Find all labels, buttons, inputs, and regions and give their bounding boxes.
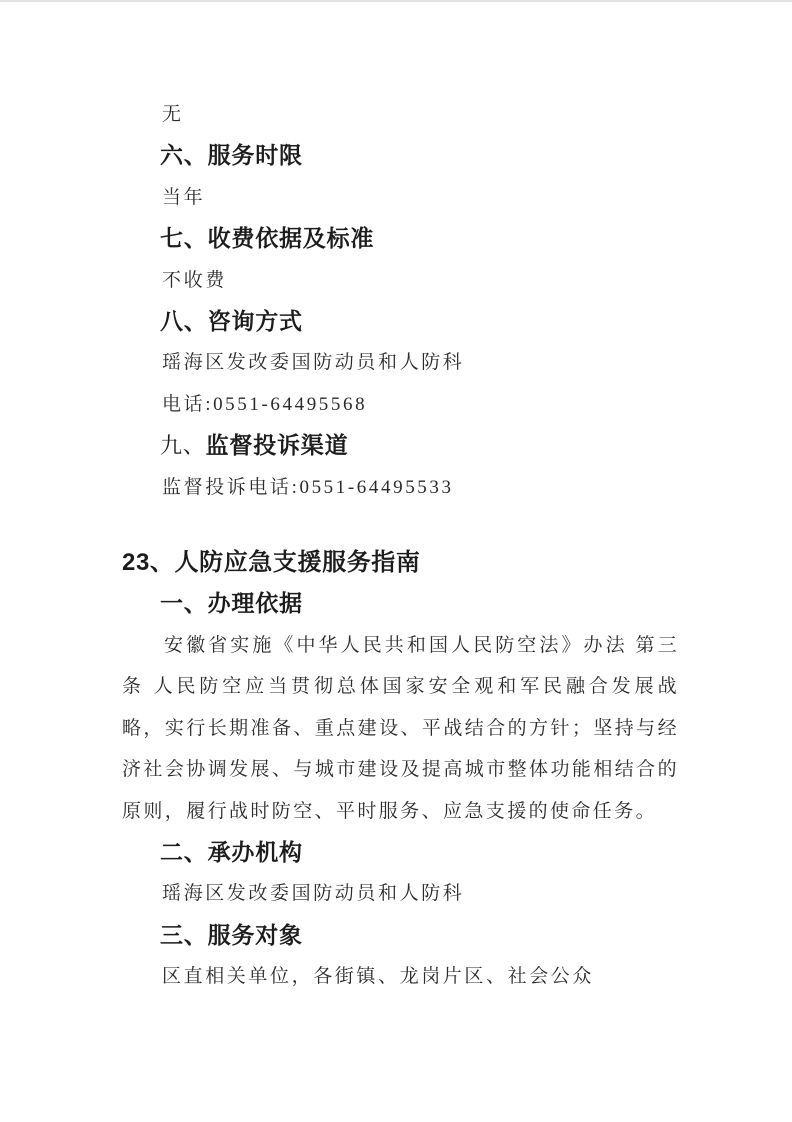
body-line: 瑶海区发改委国防动员和人防科 (122, 873, 679, 914)
section-heading: 七、收费依据及标准 (122, 218, 679, 259)
section-heading: 九、监督投诉渠道 (122, 425, 679, 466)
heading-number: 八、 (160, 308, 208, 334)
document-page: 无六、服务时限当年七、收费依据及标准不收费八、咨询方式瑶海区发改委国防动员和人防… (0, 0, 792, 1122)
heading-number: 九、 (160, 433, 206, 458)
section-heading: 三、服务对象 (122, 915, 679, 956)
section-gap (122, 508, 679, 542)
body-line: 不收费 (122, 260, 679, 301)
heading-number: 七、 (160, 225, 208, 251)
guide-title: 23、人防应急支援服务指南 (122, 542, 679, 583)
heading-title: 收费依据及标准 (208, 225, 375, 251)
body-line: 监督投诉电话:0551-64495533 (122, 467, 679, 508)
document-content: 无六、服务时限当年七、收费依据及标准不收费八、咨询方式瑶海区发改委国防动员和人防… (122, 94, 679, 998)
heading-title: 服务时限 (208, 142, 303, 168)
heading-title: 服务对象 (208, 922, 303, 948)
section-heading: 一、办理依据 (122, 583, 679, 624)
body-line: 瑶海区发改委国防动员和人防科 (122, 342, 679, 383)
heading-title: 咨询方式 (208, 308, 303, 334)
heading-number: 三、 (160, 922, 208, 948)
heading-title: 监督投诉渠道 (206, 432, 349, 458)
section-heading: 二、承办机构 (122, 832, 679, 873)
heading-title: 承办机构 (208, 839, 303, 865)
legal-basis-paragraph: 安徽省实施《中华人民共和国人民防空法》办法 第三条 人民防空应当贯彻总体国家安全… (122, 625, 679, 832)
section-heading: 八、咨询方式 (122, 301, 679, 342)
body-line: 电话:0551-64495568 (122, 384, 679, 425)
body-line: 当年 (122, 177, 679, 218)
section-heading: 六、服务时限 (122, 135, 679, 176)
body-line: 无 (122, 94, 679, 135)
heading-number: 一、 (160, 590, 208, 616)
heading-title: 办理依据 (208, 590, 303, 616)
heading-number: 二、 (160, 839, 208, 865)
body-line: 区直相关单位，各街镇、龙岗片区、社会公众 (122, 956, 679, 997)
heading-number: 六、 (160, 142, 208, 168)
